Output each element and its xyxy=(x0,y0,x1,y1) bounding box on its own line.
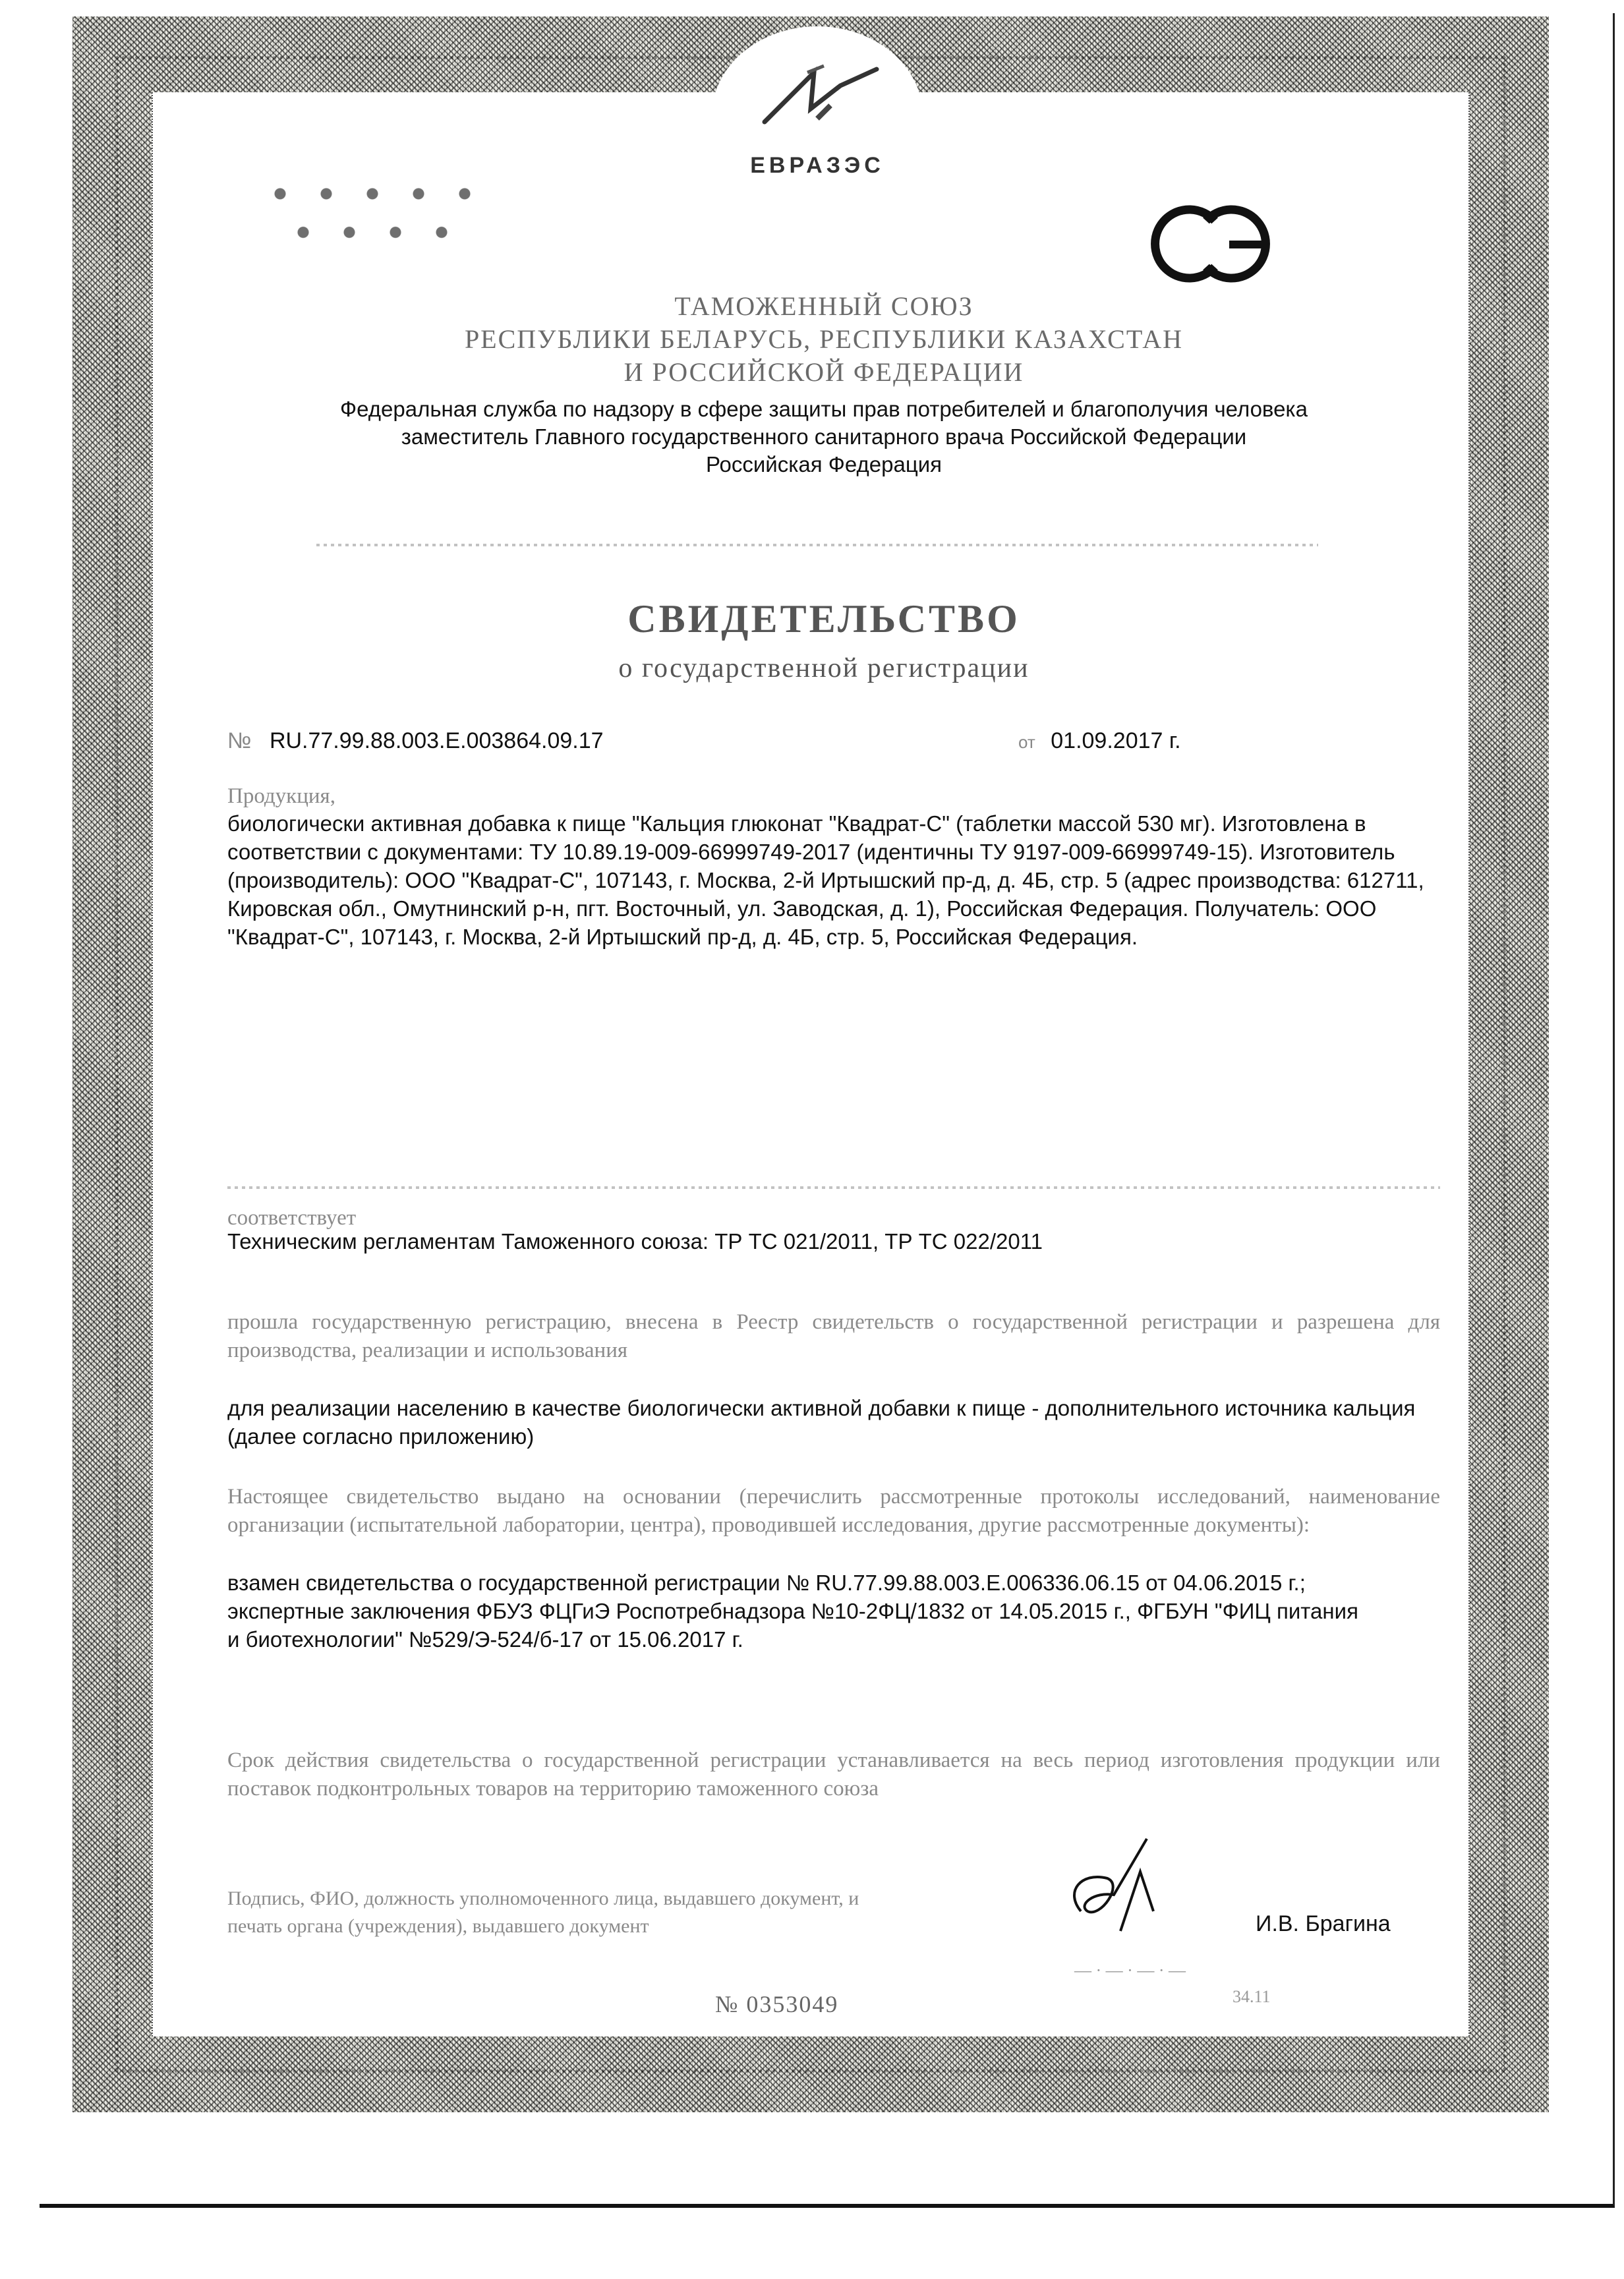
stamp-fragment: — · — · — · — xyxy=(1074,1961,1186,1980)
document-subtitle: о государственной регистрации xyxy=(198,652,1450,684)
registered-text: для реализации населению в качестве биол… xyxy=(227,1394,1440,1451)
registration-date-value: 01.09.2017 г. xyxy=(1051,728,1180,753)
eaeu-label: ЕВРАЗЭС xyxy=(699,153,936,179)
faint-caption-line xyxy=(227,1186,1440,1189)
signature-icon xyxy=(1061,1832,1167,1944)
serial-number: № 0353049 xyxy=(715,1990,838,2018)
registration-number: № RU.77.99.88.003.Е.003864.09.17 xyxy=(227,728,604,754)
stamp-fragment-number: 34.11 xyxy=(1232,1987,1271,2007)
validity-caption: Срок действия свидетельства о государств… xyxy=(227,1746,1440,1803)
security-pattern-icon xyxy=(257,168,488,254)
registered-caption: прошла государственную регистрацию, внес… xyxy=(227,1308,1440,1365)
union-heading-line: ТАМОЖЕННЫЙ СОЮЗ xyxy=(198,290,1450,323)
number-prefix: № xyxy=(227,728,251,753)
product-description: биологически активная добавка к пище "Ка… xyxy=(227,809,1440,951)
union-heading-line: РЕСПУБЛИКИ БЕЛАРУСЬ, РЕСПУБЛИКИ КАЗАХСТА… xyxy=(198,323,1450,356)
basis-caption: Настоящее свидетельство выдано на основа… xyxy=(227,1483,1440,1540)
eaeu-emblem-icon xyxy=(745,59,890,132)
document-title: СВИДЕТЕЛЬСТВО xyxy=(198,596,1450,642)
agency-line: Российская Федерация xyxy=(198,451,1450,478)
basis-text: взамен свидетельства о государственной р… xyxy=(227,1569,1361,1654)
registration-date: от 01.09.2017 г. xyxy=(1018,728,1181,754)
product-caption: Продукция, xyxy=(227,784,335,809)
conformity-text: Техническим регламентам Таможенного союз… xyxy=(227,1227,1440,1255)
agency-line: заместитель Главного государственного са… xyxy=(198,423,1450,451)
faint-caption-line xyxy=(316,544,1318,546)
date-prefix: от xyxy=(1018,732,1035,752)
signer-name: И.В. Брагина xyxy=(1256,1911,1391,1937)
signature-caption: Подпись, ФИО, должность уполномоченного … xyxy=(227,1885,886,1940)
issuing-agency: Федеральная служба по надзору в сфере за… xyxy=(198,395,1450,478)
registration-number-value: RU.77.99.88.003.Е.003864.09.17 xyxy=(270,728,604,753)
union-heading-line: И РОССИЙСКОЙ ФЕДЕРАЦИИ xyxy=(198,356,1450,389)
agency-line: Федеральная служба по надзору в сфере за… xyxy=(198,395,1450,423)
se-conformity-logo-icon xyxy=(1144,201,1282,287)
union-heading: ТАМОЖЕННЫЙ СОЮЗ РЕСПУБЛИКИ БЕЛАРУСЬ, РЕС… xyxy=(198,290,1450,389)
